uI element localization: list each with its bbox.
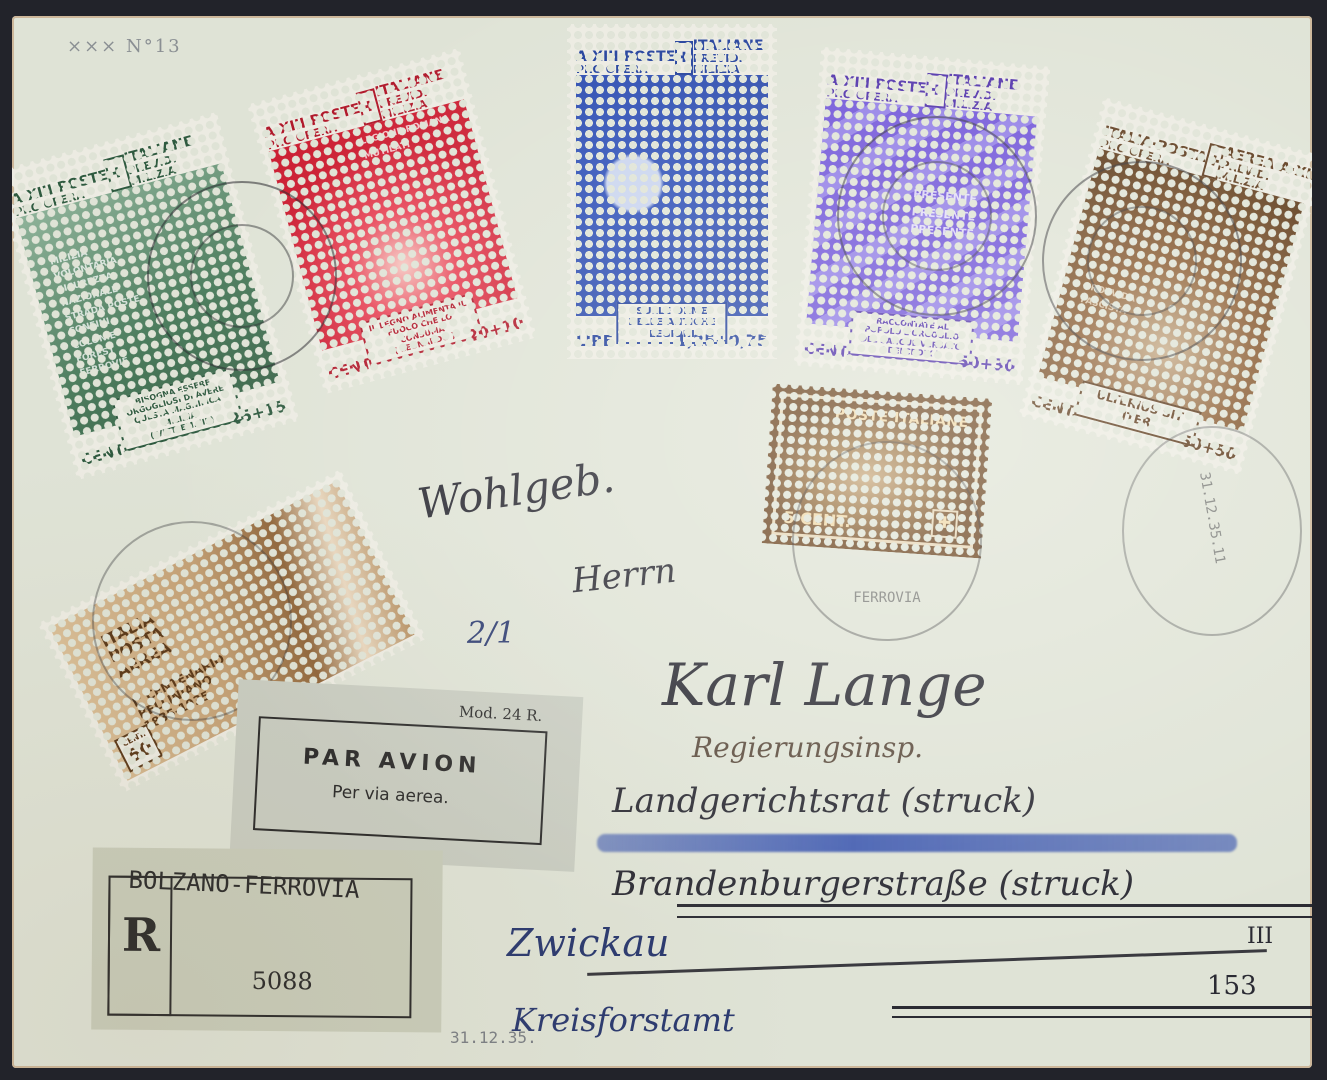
stamp-header-sub: PREVID. MILIZIA bbox=[693, 52, 743, 76]
address-roman: III bbox=[1247, 924, 1273, 949]
stamp-header: A·XIII·POSTE bbox=[576, 50, 675, 64]
strike-line bbox=[892, 1006, 1312, 1009]
address-title: Herrn bbox=[570, 551, 678, 602]
registration-number: 5088 bbox=[252, 967, 313, 996]
envelope: ××× N°13 A·XIII·POSTEPRO OPERA ✚ ITALIAN… bbox=[12, 16, 1312, 1068]
stamp-value: 1,25+0,75 bbox=[676, 331, 768, 350]
underline bbox=[587, 949, 1267, 976]
strike-line bbox=[677, 904, 1312, 907]
address-line1: Regierungsinsp. bbox=[692, 731, 923, 764]
address-street: Kreisforstamt bbox=[512, 1001, 735, 1039]
address-house: 153 bbox=[1207, 971, 1257, 1001]
strike-line bbox=[892, 1016, 1312, 1018]
postmark bbox=[837, 116, 1037, 316]
address-fraction: 2/1 bbox=[467, 616, 515, 651]
postmark-text: FERROVIA bbox=[794, 590, 980, 606]
postmark: 31.12.35.11 bbox=[1122, 426, 1302, 636]
blue-crayon-strike bbox=[597, 834, 1237, 852]
airmail-form-number: Mod. 24 R. bbox=[458, 703, 542, 725]
strike-line bbox=[677, 916, 1312, 918]
address-salutation: Wohlgeb. bbox=[415, 452, 618, 528]
stamp-picture: SULLE ORME DELLE ANTICHE LEGIONI bbox=[576, 75, 768, 316]
stamp-denomination-label: CENT. bbox=[803, 339, 852, 361]
stamp-value: 20+10 bbox=[465, 313, 526, 346]
registration-letter: R bbox=[122, 908, 161, 962]
stamp-denomination-label: LIRE bbox=[576, 332, 613, 350]
pencil-note: ××× N°13 bbox=[67, 36, 182, 57]
postmark bbox=[147, 181, 337, 371]
date-stamp: 31.12.35. bbox=[450, 1028, 537, 1047]
stamp-value: 50+30 bbox=[957, 352, 1016, 376]
address-line3: Brandenburgerstraße (struck) bbox=[612, 864, 1134, 904]
registration-label: R BOLZANO-FERROVIA 5088 bbox=[91, 847, 443, 1032]
address-name: Karl Lange bbox=[662, 651, 987, 719]
stamp-denomination-label: CENT. bbox=[326, 354, 377, 384]
postmark: FERROVIA bbox=[792, 441, 982, 641]
postmark bbox=[1042, 161, 1242, 361]
stamp-picture-text: MILIZIA VOLONTARIA SICUREZZA NAZIONALE S… bbox=[49, 236, 157, 381]
stamp-denomination-label: CENT. bbox=[1029, 392, 1080, 422]
stamp-header: ITALIANE bbox=[693, 39, 768, 53]
address-city: Zwickau bbox=[507, 921, 670, 965]
postmark-text: 31.12.35.11 bbox=[1189, 430, 1235, 606]
address-line2: Landgerichtsrat (struck) bbox=[612, 781, 1036, 821]
savoy-shield-icon: ✚ bbox=[675, 41, 692, 75]
stamp-blue-legioni: A·XIII·POSTEPRO OPERA ✚ ITALIANEPREVID. … bbox=[567, 24, 777, 359]
stamp-denomination-label: CENT. bbox=[79, 440, 130, 470]
stamp-title: POSTE ITALIANE bbox=[834, 406, 969, 431]
stamp-value: 25+15 bbox=[228, 396, 289, 429]
airmail-label: Mod. 24 R. PAR AVION Per via aerea. bbox=[230, 679, 584, 872]
